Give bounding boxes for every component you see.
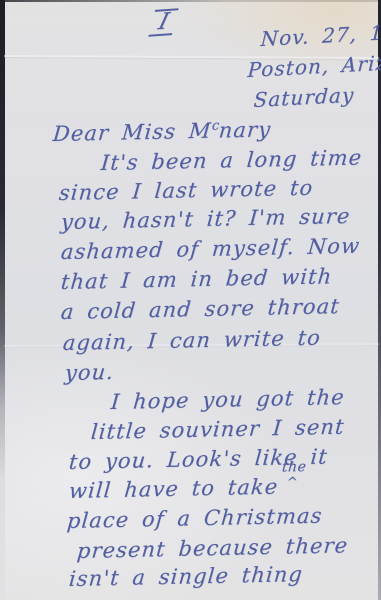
day-line: Saturday: [253, 83, 355, 112]
letter-line: place of a Christmas: [66, 504, 324, 533]
letter-line: that I am in bed with: [60, 264, 333, 294]
insertion-caret: ^: [286, 475, 299, 490]
salutation-pre: Dear Miss M: [52, 119, 213, 146]
letter-line: will have to take: [68, 475, 279, 503]
letter-line: present because there: [76, 533, 349, 563]
letter-line-with-insertion: will have to takethe^: [68, 474, 305, 503]
inserted-word: the: [281, 459, 307, 476]
letter-line: It's been a long time: [100, 145, 363, 175]
page-number: I: [148, 8, 178, 37]
letter-line: ashamed of myself. Now: [60, 234, 361, 264]
letter-line: I hope you got the: [110, 385, 346, 414]
scan-edge-top: [0, 0, 381, 2]
insertion-mark: the^: [278, 483, 305, 494]
letter-line: little souviner I sent: [90, 415, 346, 444]
salutation: Dear Miss Mcnary: [52, 117, 272, 146]
scan-edge-left: [0, 0, 5, 600]
letter-line: a cold and sore throat: [60, 294, 341, 324]
date-line: Nov. 27, 1943: [260, 18, 381, 51]
letter-line: since I last wrote to: [58, 176, 314, 205]
place-line: Poston, Ariz.: [247, 50, 381, 82]
salutation-post: nary: [218, 117, 272, 142]
letter-line: again, I can write to: [62, 326, 322, 355]
letter-line: you, hasn't it? I'm sure: [60, 204, 351, 234]
letter-line: you.: [64, 360, 115, 385]
letter-page: I Nov. 27, 1943 Poston, Ariz. Saturday D…: [0, 0, 381, 600]
letter-line: isn't a single thing: [68, 562, 304, 591]
